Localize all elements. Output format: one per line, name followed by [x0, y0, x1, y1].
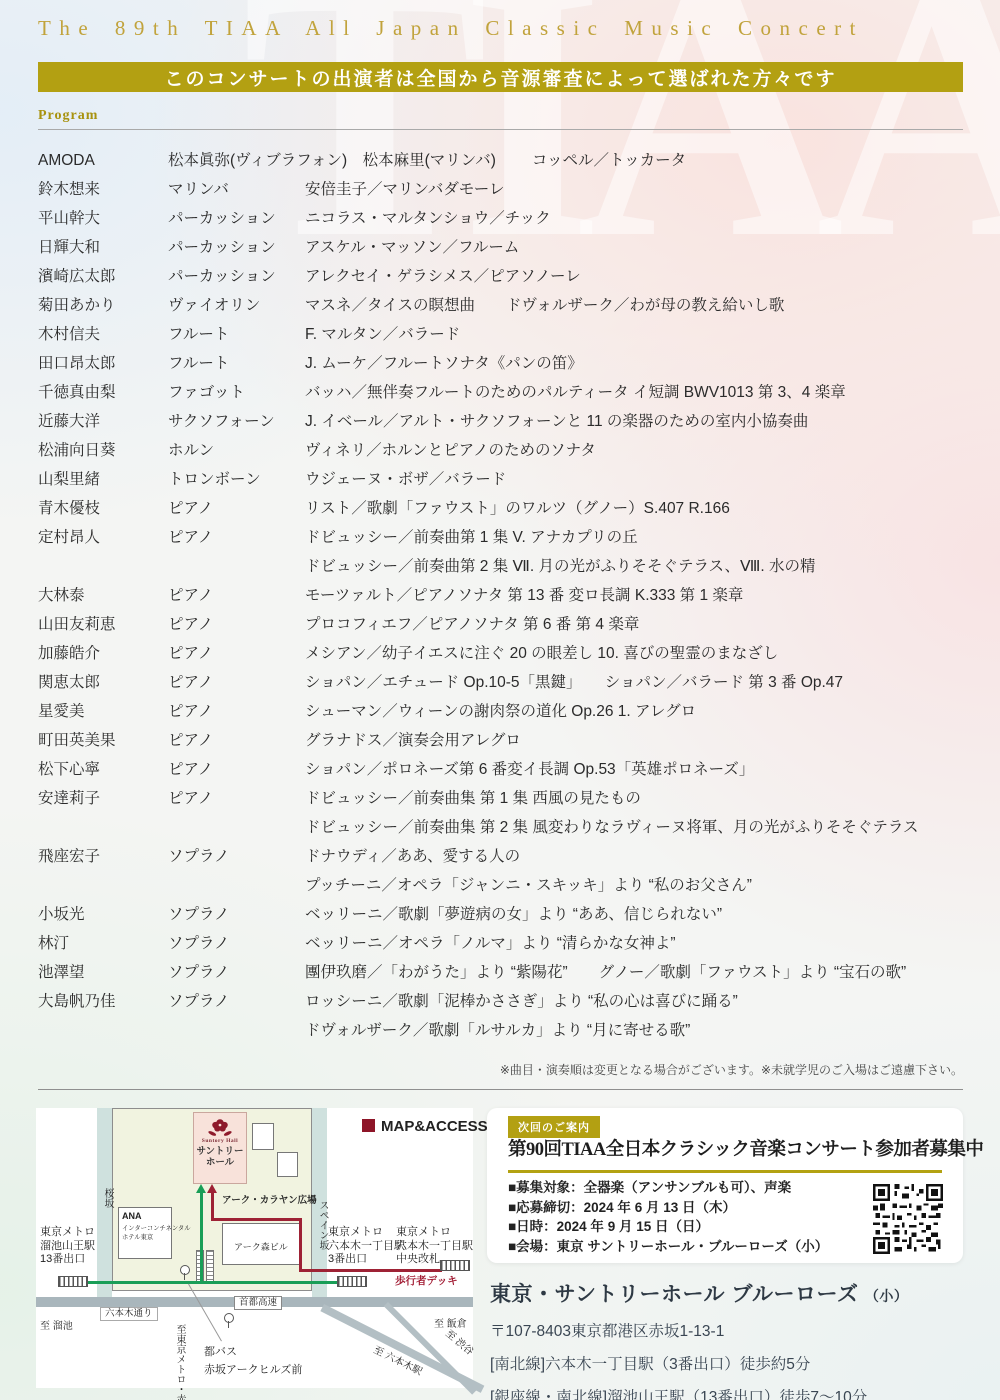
pieces: ドビュッシー／前奏曲集 第 1 集 西風の見たものドビュッシー／前奏曲集 第 2…	[305, 784, 965, 842]
suntory-hall-building: Suntory Hall サントリー ホール	[193, 1112, 247, 1184]
piece: バッハ／無伴奏フルートのためのパルティータ イ短調 BWV1013 第 3、4 …	[305, 378, 965, 407]
program-row: 林汀ソプラノベッリーニ／オペラ「ノルマ」より “清らかな女神よ”	[38, 929, 965, 958]
pieces: プロコフィエフ／ピアノソナタ 第 6 番 第 4 楽章	[305, 610, 965, 639]
pieces: F. マルタン／バラード	[305, 320, 965, 349]
city-bus-label-2: 赤坂アークヒルズ前	[204, 1361, 302, 1377]
piece: マスネ／タイスの瞑想曲 ドヴォルザーク／わが母の教え給いし歌	[305, 291, 965, 320]
program-row: 山梨里緒トロンボーンウジェーヌ・ボザ／バラード	[38, 465, 965, 494]
instrument: マリンバ	[168, 175, 305, 204]
piece: グラナドス／演奏会用アレグロ	[305, 726, 965, 755]
instrument: ピアノ	[168, 784, 305, 842]
performer-name: 池澤望	[38, 958, 168, 987]
instrument: ファゴット	[168, 378, 305, 407]
program-row: 池澤望ソプラノ團伊玖磨／「わがうた」より “紫陽花” グノー／歌劇「ファウスト」…	[38, 958, 965, 987]
pieces: ドナウディ／ああ、愛する人のプッチーニ／オペラ「ジャンニ・スキッキ」より “私の…	[305, 842, 965, 900]
program-row: 青木優枝ピアノリスト／歌劇「ファウスト」のワルツ（グノー）S.407 R.166	[38, 494, 965, 523]
suntory-hall-caption: Suntory Hall	[194, 1138, 246, 1144]
venue-info: 東京・サントリーホール ブルーローズ （小） 〒107-8403東京都港区赤坂1…	[490, 1278, 908, 1400]
station-label-roppongi1-central: 東京メトロ 六本木一丁目駅 中央改札	[396, 1226, 473, 1267]
program-row: 鈴木想来マリンバ安倍圭子／マリンバダモーレ	[38, 175, 965, 204]
pieces: リスト／歌劇「ファウスト」のワルツ（グノー）S.407 R.166	[305, 494, 965, 523]
piece: プッチーニ／オペラ「ジャンニ・スキッキ」より “私のお父さん”	[305, 871, 965, 900]
program-heading: Program	[38, 108, 98, 124]
pieces: グラナドス／演奏会用アレグロ	[305, 726, 965, 755]
map-access-heading: MAP&ACCESS	[362, 1118, 488, 1135]
pieces: J. ムーケ／フルートソナタ《パンの笛》	[305, 349, 965, 378]
selection-banner: このコンサートの出演者は全国から音源審査によって選ばれた方々です	[38, 62, 963, 92]
to-shibuya-label: 至 渋谷	[443, 1325, 478, 1358]
next-concert-title: 第90回TIAA全日本クラシック音楽コンサート参加者募集中	[508, 1135, 948, 1161]
pieces: ロッシーニ／歌劇「泥棒かささぎ」より “私の心は喜びに踊る”ドヴォルザーク／歌劇…	[305, 987, 965, 1045]
bus-stop-icon	[224, 1313, 234, 1323]
piece: ドビュッシー／前奏曲集 第 2 集 風変わりなラヴィーヌ将軍、月の光がふりそそぐ…	[305, 813, 965, 842]
next-concert-item: ■応募締切：2024 年 6 月 13 日（木）	[508, 1198, 828, 1218]
program-row: 菊田あかりヴァイオリンマスネ／タイスの瞑想曲 ドヴォルザーク／わが母の教え給いし…	[38, 291, 965, 320]
pieces: バッハ／無伴奏フルートのためのパルティータ イ短調 BWV1013 第 3、4 …	[305, 378, 965, 407]
pieces: マスネ／タイスの瞑想曲 ドヴォルザーク／わが母の教え給いし歌	[305, 291, 965, 320]
pieces: ベッリーニ／オペラ「ノルマ」より “清らかな女神よ”	[305, 929, 965, 958]
performer-name: 町田英美果	[38, 726, 168, 755]
piece: プロコフィエフ／ピアノソナタ 第 6 番 第 4 楽章	[305, 610, 965, 639]
instrument: パーカッション	[168, 262, 305, 291]
performer-name: 星愛美	[38, 697, 168, 726]
pieces: ショパン／エチュード Op.10-5「黒鍵」 ショパン／バラード 第 3 番 O…	[305, 668, 965, 697]
instrument: ソプラノ	[168, 987, 305, 1045]
section-divider	[38, 1089, 963, 1090]
program-row: 加藤皓介ピアノメシアン／幼子イエスに注ぐ 20 の眼差し 10. 喜びの聖霊のま…	[38, 639, 965, 668]
next-concert-item: ■会場：東京 サントリーホール・ブルーローズ（小）	[508, 1237, 828, 1257]
piece: ロッシーニ／歌劇「泥棒かささぎ」より “私の心は喜びに踊る”	[305, 987, 965, 1016]
next-concert-details: ■募集対象：全器楽（アンサンブルも可）、声楽■応募締切：2024 年 6 月 1…	[508, 1178, 828, 1256]
pieces: 安倍圭子／マリンバダモーレ	[305, 175, 965, 204]
concert-flyer-page: TIAA The 89th TIAA All Japan Classic Mus…	[0, 0, 1000, 1400]
performer-name: 林汀	[38, 929, 168, 958]
pieces: アレクセイ・ゲラシメス／ピアソノーレ	[305, 262, 965, 291]
performer-name: 松下心寧	[38, 755, 168, 784]
pieces: ドビュッシー／前奏曲第 1 集 V. アナカプリの丘ドビュッシー／前奏曲第 2 …	[305, 523, 965, 581]
venue-access-1: [南北線]六本木一丁目駅（3番出口）徒歩約5分	[490, 1352, 908, 1374]
program-list: AMODA松本眞弥(ヴィブラフォン) 松本麻里(マリンバ)コッペル／トッカータ鈴…	[38, 146, 965, 1045]
piece: シューマン／ウィーンの謝肉祭の道化 Op.26 1. アレグロ	[305, 697, 965, 726]
program-note: ※曲目・演奏順は変更となる場合がございます。※未就学児のご入場はご遠慮下さい。	[500, 1061, 963, 1078]
piece: J. ムーケ／フルートソナタ《パンの笛》	[305, 349, 965, 378]
instrument: ピアノ	[168, 726, 305, 755]
program-row: 千徳真由梨ファゴットバッハ／無伴奏フルートのためのパルティータ イ短調 BWV1…	[38, 378, 965, 407]
piece: ベッリーニ／歌劇「夢遊病の女」より “ああ、信じられない”	[305, 900, 965, 929]
pieces: ウジェーヌ・ボザ／バラード	[305, 465, 965, 494]
hall-name-line1: サントリー	[194, 1146, 246, 1157]
piece: メシアン／幼子イエスに注ぐ 20 の眼差し 10. 喜びの聖霊のまなざし	[305, 639, 965, 668]
red-route-line	[299, 1218, 302, 1271]
piece: J. イベール／アルト・サクソフォーンと 11 の楽器のための室内小協奏曲	[305, 407, 965, 436]
program-row: 濱崎広太郎パーカッションアレクセイ・ゲラシメス／ピアソノーレ	[38, 262, 965, 291]
piece: ニコラス・マルタンショウ／チック	[305, 204, 965, 233]
program-row: 木村信夫フルートF. マルタン／バラード	[38, 320, 965, 349]
green-route-line	[200, 1193, 203, 1283]
red-square-icon	[362, 1119, 375, 1132]
performer-name: 菊田あかり	[38, 291, 168, 320]
piece: F. マルタン／バラード	[305, 320, 965, 349]
pieces: ニコラス・マルタンショウ／チック	[305, 204, 965, 233]
piece: 團伊玖磨／「わがうた」より “紫陽花” グノー／歌劇「ファウスト」より “宝石の…	[305, 958, 965, 987]
gold-rule	[508, 1170, 942, 1173]
performer-name: 定村昂人	[38, 523, 168, 581]
exit-13-icon	[58, 1276, 88, 1287]
piece: ドヴォルザーク／歌劇「ルサルカ」より “月に寄せる歌”	[305, 1016, 965, 1045]
pieces: シューマン／ウィーンの謝肉祭の道化 Op.26 1. アレグロ	[305, 697, 965, 726]
red-route-line	[211, 1218, 301, 1221]
instrument: ソプラノ	[168, 929, 305, 958]
performer-name: 山梨里緒	[38, 465, 168, 494]
bus-connector-line	[188, 1284, 222, 1342]
instrument: 松本眞弥(ヴィブラフォン) 松本麻里(マリンバ)	[168, 146, 532, 175]
station-label-roppongi1-exit3: 東京メトロ 六本木一丁目駅 3番出口	[328, 1226, 405, 1267]
piece: ヴィネリ／ホルンとピアノのためのソナタ	[305, 436, 965, 465]
building-block-1	[252, 1123, 274, 1150]
piece: コッペル／トッカータ	[532, 146, 965, 175]
program-row: 平山幹大パーカッションニコラス・マルタンショウ／チック	[38, 204, 965, 233]
station-label-tameike: 東京メトロ 溜池山王駅 13番出口	[40, 1226, 95, 1267]
ana-hotel-label-1: ANA	[122, 1211, 142, 1221]
piece: ベッリーニ／オペラ「ノルマ」より “清らかな女神よ”	[305, 929, 965, 958]
qr-code	[873, 1184, 943, 1254]
pieces: アスケル・マッソン／フルーム	[305, 233, 965, 262]
program-row: 田口昂太郎フルートJ. ムーケ／フルートソナタ《パンの笛》	[38, 349, 965, 378]
program-row: 大島帆乃佳ソプラノロッシーニ／歌劇「泥棒かささぎ」より “私の心は喜びに踊る”ド…	[38, 987, 965, 1045]
expressway-label: 首都高速	[234, 1296, 282, 1310]
roppongi-dori-label: 六本木通り	[100, 1307, 158, 1321]
instrument: トロンボーン	[168, 465, 305, 494]
performer-name: 木村信夫	[38, 320, 168, 349]
performer-name: AMODA	[38, 146, 168, 175]
piece: モーツァルト／ピアノソナタ 第 13 番 変ロ長調 K.333 第 1 楽章	[305, 581, 965, 610]
piece: 安倍圭子／マリンバダモーレ	[305, 175, 965, 204]
next-concert-card: 次回のご案内 第90回TIAA全日本クラシック音楽コンサート参加者募集中 ■募集…	[487, 1108, 963, 1263]
performer-name: 大林泰	[38, 581, 168, 610]
instrument: ピアノ	[168, 581, 305, 610]
performer-name: 飛座宏子	[38, 842, 168, 900]
performer-name: 加藤皓介	[38, 639, 168, 668]
program-row: 安達莉子ピアノドビュッシー／前奏曲集 第 1 集 西風の見たものドビュッシー／前…	[38, 784, 965, 842]
instrument: ピアノ	[168, 494, 305, 523]
program-row: 山田友莉恵ピアノプロコフィエフ／ピアノソナタ 第 6 番 第 4 楽章	[38, 610, 965, 639]
instrument: パーカッション	[168, 204, 305, 233]
instrument: フルート	[168, 349, 305, 378]
instrument: ピアノ	[168, 755, 305, 784]
venue-access-2: [銀座線・南北線]溜池山王駅（13番出口）徒歩7〜10分	[490, 1385, 908, 1400]
piece: ウジェーヌ・ボザ／バラード	[305, 465, 965, 494]
page-title: The 89th TIAA All Japan Classic Music Co…	[38, 16, 968, 41]
instrument: ピアノ	[168, 523, 305, 581]
map-access-card: MAP&ACCESS 桜坂 スペイン坂 Suntory Hall サントリー ホ…	[36, 1108, 473, 1388]
performer-name: 大島帆乃佳	[38, 987, 168, 1045]
to-tameike-label: 至 溜池	[40, 1317, 73, 1332]
performer-name: 松浦向日葵	[38, 436, 168, 465]
piece: ドビュッシー／前奏曲第 2 集 Ⅶ. 月の光がふりそそぐテラス、Ⅷ. 水の精	[305, 552, 965, 581]
program-row: 小坂光ソプラノベッリーニ／歌劇「夢遊病の女」より “ああ、信じられない”	[38, 900, 965, 929]
ark-mori-label: アーク森ビル	[234, 1240, 288, 1253]
ana-hotel-label-2: インターコンチネンタル	[122, 1223, 191, 1232]
piece: アスケル・マッソン／フルーム	[305, 233, 965, 262]
venue-name: 東京・サントリーホール ブルーローズ （小）	[490, 1278, 908, 1308]
piece: ドビュッシー／前奏曲集 第 1 集 西風の見たもの	[305, 784, 965, 813]
performer-name: 近藤大洋	[38, 407, 168, 436]
performer-name: 青木優枝	[38, 494, 168, 523]
piece: ドビュッシー／前奏曲第 1 集 V. アナカプリの丘	[305, 523, 965, 552]
program-divider	[38, 129, 963, 130]
pieces: コッペル／トッカータ	[532, 146, 965, 175]
program-row: 近藤大洋サクソフォーンJ. イベール／アルト・サクソフォーンと 11 の楽器のた…	[38, 407, 965, 436]
program-row: 関恵太郎ピアノショパン／エチュード Op.10-5「黒鍵」 ショパン／バラード …	[38, 668, 965, 697]
program-row: 飛座宏子ソプラノドナウディ／ああ、愛する人のプッチーニ／オペラ「ジャンニ・スキッ…	[38, 842, 965, 900]
piece: ショパン／ポロネーズ第 6 番変イ長調 Op.53「英雄ポロネーズ」	[305, 755, 965, 784]
performer-name: 小坂光	[38, 900, 168, 929]
red-route-arrow	[207, 1184, 217, 1193]
instrument: ピアノ	[168, 610, 305, 639]
performer-name: 平山幹大	[38, 204, 168, 233]
performer-name: 日輝大和	[38, 233, 168, 262]
pieces: 團伊玖磨／「わがうた」より “紫陽花” グノー／歌劇「ファウスト」より “宝石の…	[305, 958, 965, 987]
instrument: パーカッション	[168, 233, 305, 262]
piece: ショパン／エチュード Op.10-5「黒鍵」 ショパン／バラード 第 3 番 O…	[305, 668, 965, 697]
pieces: モーツァルト／ピアノソナタ 第 13 番 変ロ長調 K.333 第 1 楽章	[305, 581, 965, 610]
pieces: メシアン／幼子イエスに注ぐ 20 の眼差し 10. 喜びの聖霊のまなざし	[305, 639, 965, 668]
pieces: ヴィネリ／ホルンとピアノのためのソナタ	[305, 436, 965, 465]
performer-name: 濱崎広太郎	[38, 262, 168, 291]
sakurazaka-label: 桜坂	[100, 1188, 115, 1208]
instrument: ピアノ	[168, 639, 305, 668]
performer-name: 安達莉子	[38, 784, 168, 842]
exit-3-icon	[337, 1276, 367, 1287]
program-row: 日輝大和パーカッションアスケル・マッソン／フルーム	[38, 233, 965, 262]
venue-address: 〒107-8403東京都港区赤坂1-13-1	[490, 1319, 908, 1341]
red-route-line	[211, 1193, 214, 1220]
green-route-line	[88, 1281, 338, 1284]
performer-name: 関恵太郎	[38, 668, 168, 697]
building-block-2	[277, 1152, 298, 1177]
piece: アレクセイ・ゲラシメス／ピアソノーレ	[305, 262, 965, 291]
performer-name: 千徳真由梨	[38, 378, 168, 407]
program-row: AMODA松本眞弥(ヴィブラフォン) 松本麻里(マリンバ)コッペル／トッカータ	[38, 146, 965, 175]
program-row: 町田英美果ピアノグラナドス／演奏会用アレグロ	[38, 726, 965, 755]
instrument: サクソフォーン	[168, 407, 305, 436]
instrument: ソプラノ	[168, 842, 305, 900]
program-row: 松浦向日葵ホルンヴィネリ／ホルンとピアノのためのソナタ	[38, 436, 965, 465]
escalator-icon	[206, 1250, 214, 1282]
next-concert-item: ■募集対象：全器楽（アンサンブルも可）、声楽	[508, 1178, 828, 1198]
instrument: ソプラノ	[168, 958, 305, 987]
piece: ドナウディ／ああ、愛する人の	[305, 842, 965, 871]
program-row: 松下心寧ピアノショパン／ポロネーズ第 6 番変イ長調 Op.53「英雄ポロネーズ…	[38, 755, 965, 784]
program-row: 星愛美ピアノシューマン／ウィーンの謝肉祭の道化 Op.26 1. アレグロ	[38, 697, 965, 726]
karajan-plaza-label: アーク・カラヤン広場	[222, 1192, 317, 1206]
green-route-arrow	[196, 1184, 206, 1193]
pieces: ベッリーニ／歌劇「夢遊病の女」より “ああ、信じられない”	[305, 900, 965, 929]
city-bus-label-1: 都バス	[204, 1343, 237, 1359]
performer-name: 鈴木想来	[38, 175, 168, 204]
pieces: ショパン／ポロネーズ第 6 番変イ長調 Op.53「英雄ポロネーズ」	[305, 755, 965, 784]
red-route-line	[299, 1269, 442, 1272]
instrument: ソプラノ	[168, 900, 305, 929]
instrument: フルート	[168, 320, 305, 349]
piece: リスト／歌劇「ファウスト」のワルツ（グノー）S.407 R.166	[305, 494, 965, 523]
performer-name: 田口昂太郎	[38, 349, 168, 378]
program-row: 大林泰ピアノモーツァルト／ピアノソナタ 第 13 番 変ロ長調 K.333 第 …	[38, 581, 965, 610]
pieces: J. イベール／アルト・サクソフォーンと 11 の楽器のための室内小協奏曲	[305, 407, 965, 436]
pedestrian-deck-label: 歩行者デッキ	[395, 1273, 458, 1288]
bus-stop-icon	[180, 1265, 190, 1275]
instrument: ピアノ	[168, 697, 305, 726]
program-row: 定村昂人ピアノドビュッシー／前奏曲第 1 集 V. アナカプリの丘ドビュッシー／…	[38, 523, 965, 581]
instrument: ピアノ	[168, 668, 305, 697]
rose-logo-icon	[207, 1116, 233, 1138]
ana-hotel-label-3: ホテル東京	[122, 1232, 153, 1241]
hall-name-line2: ホール	[194, 1157, 246, 1168]
performer-name: 山田友莉恵	[38, 610, 168, 639]
next-concert-item: ■日時：2024 年 9 月 15 日（日）	[508, 1217, 828, 1237]
to-akasaka-station-label: 至東京メトロ・赤坂駅	[174, 1324, 185, 1388]
instrument: ホルン	[168, 436, 305, 465]
instrument: ヴァイオリン	[168, 291, 305, 320]
